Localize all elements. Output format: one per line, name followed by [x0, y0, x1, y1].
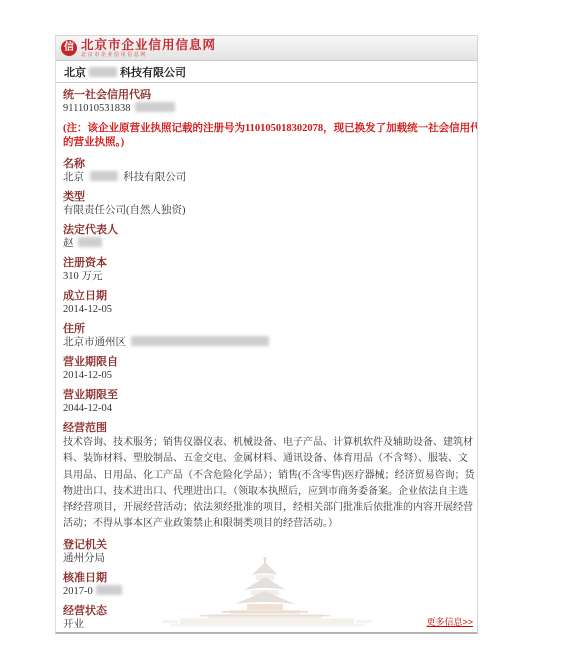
field-status: 经营状态 开业	[63, 604, 477, 632]
status-value: 开业	[63, 618, 477, 632]
term-from-value: 2014-12-05	[63, 369, 477, 383]
term-to-value: 2044-12-04	[63, 402, 477, 416]
field-est-date: 成立日期 2014-12-05	[63, 289, 477, 317]
reg-capital-value: 310 万元	[63, 270, 477, 284]
status-label: 经营状态	[63, 604, 477, 618]
field-legal-rep: 法定代表人 赵	[63, 223, 477, 251]
field-credit-code: 统一社会信用代码 9111010531838	[63, 88, 477, 116]
scope-line: 技术咨询、技术服务；销售仪器仪表、机械设备、电子产品、计算机软件及辅助设备、建筑…	[63, 435, 477, 451]
reg-capital-label: 注册资本	[63, 256, 477, 270]
legal-rep-label: 法定代表人	[63, 223, 477, 237]
type-value: 有限责任公司(自然人独资)	[63, 204, 477, 218]
redacted-name	[90, 171, 118, 181]
legal-rep-value: 赵	[63, 237, 477, 251]
approval-date-value: 2017-0	[63, 585, 477, 599]
more-info-link[interactable]: 更多信息>>	[426, 615, 473, 628]
field-reg-authority: 登记机关 通州分局	[63, 538, 477, 566]
address-value: 北京市通州区	[63, 336, 477, 350]
redacted-address	[131, 336, 269, 346]
scope-line: 物进出口、技术进出口、代理进出口。（领取本执照后，应到市商务委备案。企业依法自主…	[63, 484, 477, 500]
site-logo-icon: 信	[61, 40, 77, 56]
credit-code-label: 统一社会信用代码	[63, 88, 477, 102]
redacted-company-name	[89, 67, 117, 77]
field-approval-date: 核准日期 2017-0	[63, 571, 477, 599]
field-reg-capital: 注册资本 310 万元	[63, 256, 477, 284]
scope-line: 具用品、日用品、化工产品（不含危险化学品）；销售(不含零售)医疗器械；经济贸易咨…	[63, 468, 477, 484]
field-address: 住所 北京市通州区	[63, 322, 477, 350]
field-name: 名称 北京 科技有限公司	[63, 157, 477, 185]
scope-line: 料、装饰材料、塑胶制品、五金交电、金属材料、通讯设备、体育用品（不含弩）、服装、…	[63, 451, 477, 467]
type-label: 类型	[63, 190, 477, 204]
company-detail-list: 统一社会信用代码 9111010531838 (注：该企业原营业执照记载的注册号…	[56, 83, 477, 632]
site-title: 北京市企业信用信息网	[81, 39, 216, 52]
reg-authority-label: 登记机关	[63, 538, 477, 552]
note-line-2: 的营业执照。)	[63, 136, 477, 150]
est-date-value: 2014-12-05	[63, 303, 477, 317]
term-from-label: 营业期限自	[63, 355, 477, 369]
scope-line: 活动；不得从事本区产业政策禁止和限制类项目的经营活动。）	[63, 516, 477, 532]
license-change-note: (注：该企业原营业执照记载的注册号为110105018302078，现已换发了加…	[63, 122, 477, 150]
company-name-suffix: 科技有限公司	[120, 64, 186, 80]
est-date-label: 成立日期	[63, 289, 477, 303]
site-subtitle: 北京市企业信用信息网	[81, 53, 216, 58]
company-name-prefix: 北京	[64, 64, 86, 80]
company-name-titlebar: 北京 科技有限公司	[56, 61, 477, 83]
field-term-from: 营业期限自 2014-12-05	[63, 355, 477, 383]
field-type: 类型 有限责任公司(自然人独资)	[63, 190, 477, 218]
note-line-1: (注：该企业原营业执照记载的注册号为110105018302078，现已换发了加…	[63, 122, 477, 136]
field-business-scope: 经营范围 技术咨询、技术服务；销售仪器仪表、机械设备、电子产品、计算机软件及辅助…	[63, 421, 477, 533]
address-label: 住所	[63, 322, 477, 336]
credit-code-value: 9111010531838	[63, 102, 477, 116]
redacted-credit-code	[135, 102, 175, 112]
field-term-to: 营业期限至 2044-12-04	[63, 388, 477, 416]
term-to-label: 营业期限至	[63, 388, 477, 402]
credit-info-panel: 信 北京市企业信用信息网 北京市企业信用信息网 北京 科技有限公司 统一社会信用…	[55, 35, 478, 634]
brand-text: 北京市企业信用信息网 北京市企业信用信息网	[81, 39, 216, 58]
site-header: 信 北京市企业信用信息网 北京市企业信用信息网	[56, 36, 477, 61]
redacted-legal-rep	[78, 237, 102, 247]
name-value: 北京 科技有限公司	[63, 171, 477, 185]
name-label: 名称	[63, 157, 477, 171]
reg-authority-value: 通州分局	[63, 552, 477, 566]
business-scope-label: 经营范围	[63, 421, 477, 435]
scope-line: 择经营项目，开展经营活动；依法须经批准的项目，经相关部门批准后依批准的内容开展经…	[63, 500, 477, 516]
approval-date-label: 核准日期	[63, 571, 477, 585]
redacted-approval-date	[96, 585, 122, 595]
